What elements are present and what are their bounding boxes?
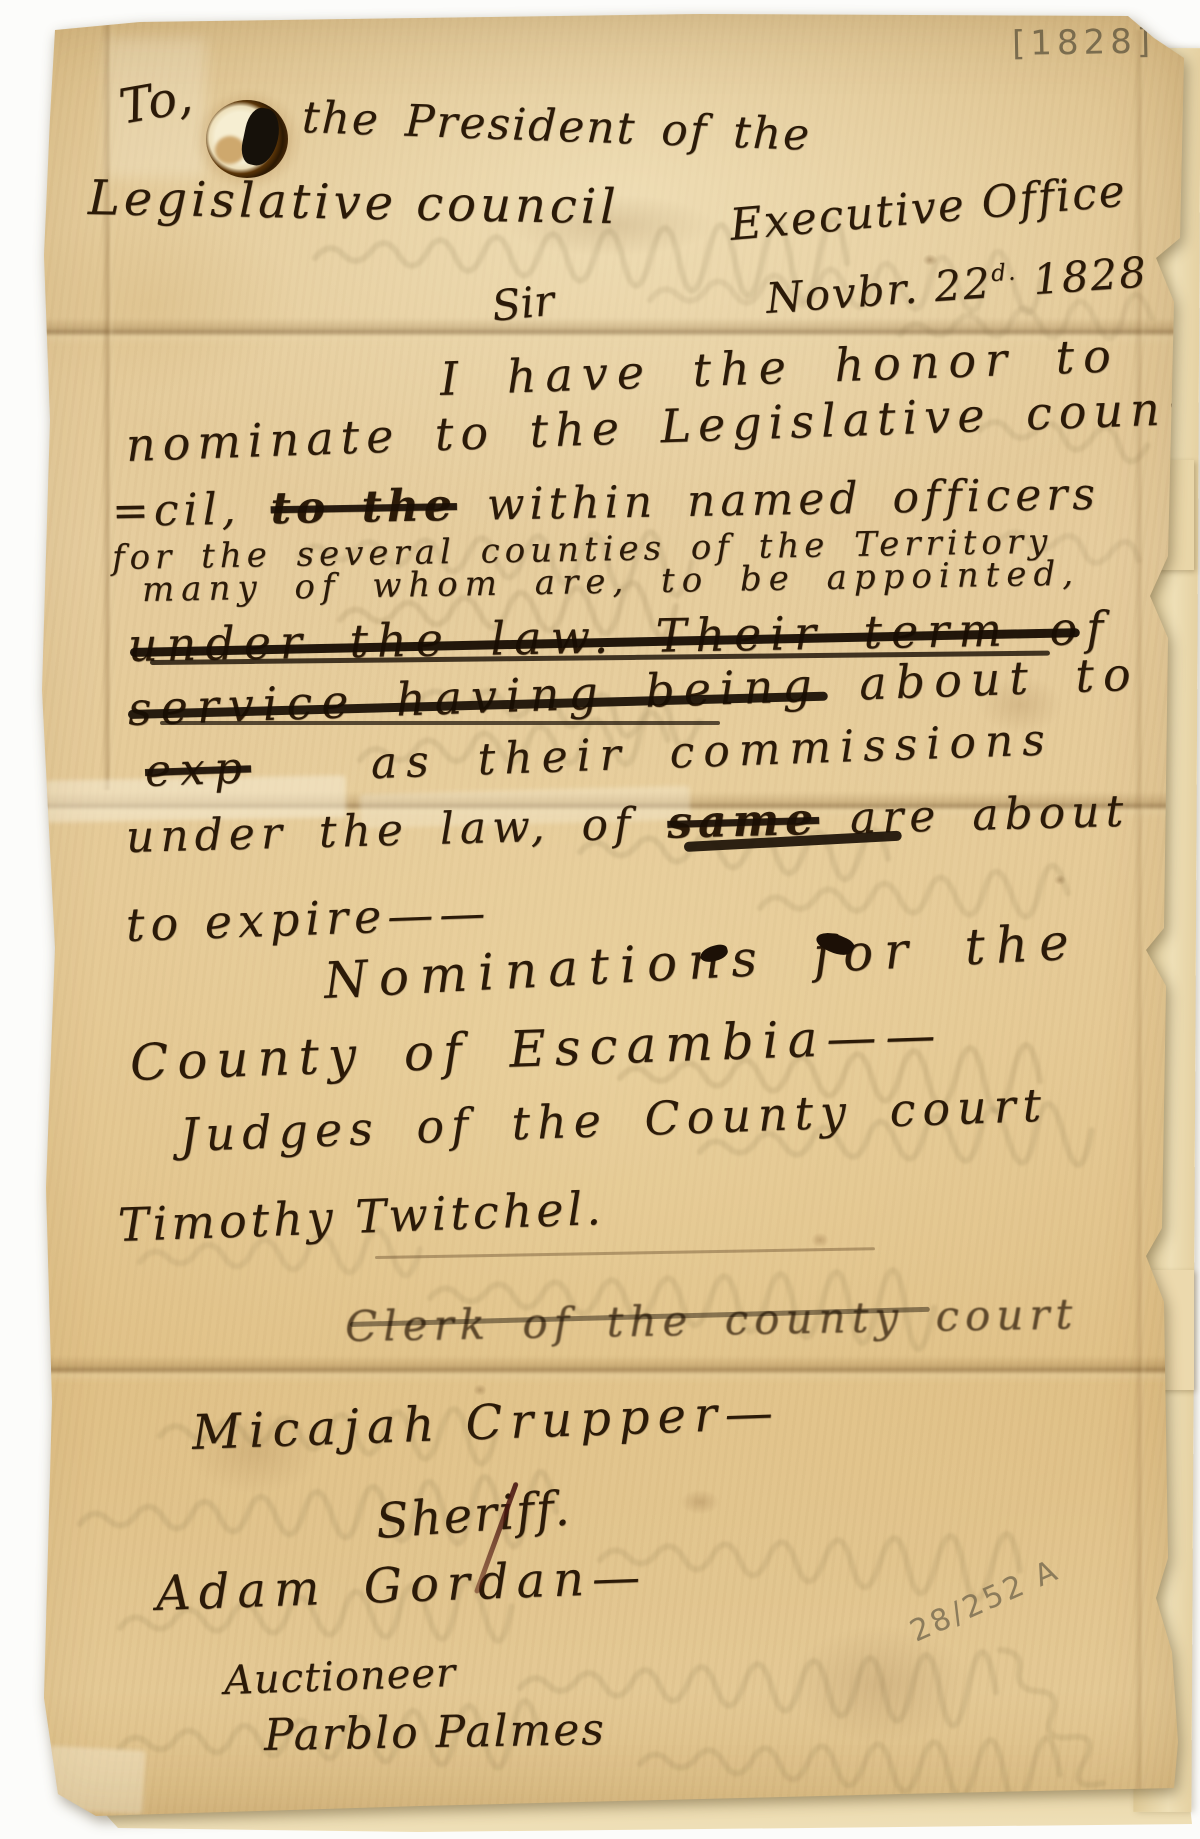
line-office-auctioneer: Auctioneer (223, 1650, 457, 1704)
burn-hole (206, 100, 288, 178)
catalog-number-pencil: 28/252 A (905, 1553, 1065, 1650)
date-day: Novbr. 22 (764, 258, 993, 323)
strike-scribble (160, 721, 720, 725)
line-name-adam-gordan: Adam Gordan— (155, 1549, 649, 1622)
date-ordinal: d. (990, 259, 1018, 287)
line-county-escambia: County of Escambia—— (129, 1006, 945, 1092)
officers-text: within named officers (486, 469, 1100, 531)
line-date: Novbr. 22d. 1828 (764, 247, 1149, 323)
line-name-timothy-twitchel: Timothy Twitchel. (117, 1181, 606, 1252)
line-address-council: Legislative council (88, 170, 620, 235)
commissions-text: as their commissions (370, 714, 1055, 789)
burn-hole-char (238, 105, 283, 169)
line-salutation: Sir (489, 276, 556, 331)
burn-hole-inner (215, 136, 245, 164)
line-to-expire: to expire—— (125, 885, 492, 952)
year-stamp-pencil: [1828] (1012, 22, 1156, 64)
fold-crease-lower (0, 1356, 1200, 1384)
line-address-president: the President of the (301, 92, 812, 161)
paper-sheet-main-wrap: To, the President of the Legislative cou… (0, 0, 1200, 1839)
line-name-parblo-palmes: Parblo Palmes (264, 1704, 607, 1761)
line-office-heading: Executive Office (728, 165, 1129, 250)
cil-prefix: =cil, (112, 484, 242, 537)
tape-remnant (38, 1745, 145, 1814)
struck-word: to the (270, 480, 457, 534)
line-office-sheriff: Sheriff. (374, 1480, 573, 1550)
paper-sheet-main: To, the President of the Legislative cou… (0, 0, 1200, 1839)
line-office-judges: Judges of the County court (179, 1078, 1049, 1162)
date-year: 1828 (1031, 247, 1149, 304)
line-name-micajah-crupper: Micajah Crupper— (191, 1384, 782, 1461)
timothy-underline (375, 1247, 875, 1259)
struck-word: exp (144, 742, 252, 797)
document-scan: To, the President of the Legislative cou… (0, 0, 1200, 1839)
